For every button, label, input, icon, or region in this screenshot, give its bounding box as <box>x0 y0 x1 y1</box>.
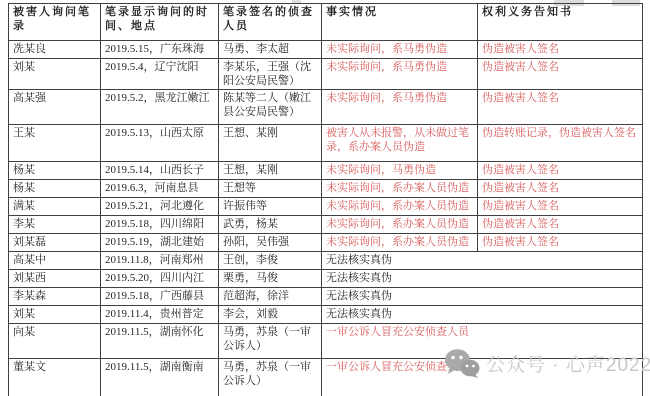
cell-victim: 满某 <box>9 198 101 216</box>
cell-investigators: 马勇，苏泉（一审公诉人） <box>219 359 322 396</box>
cell-notice: 伪造被害人签名 <box>478 198 643 216</box>
page: { "colors": { "red_text": "#d85a5a", "bl… <box>0 0 650 396</box>
cell-investigators: 马勇、李太超 <box>219 41 322 59</box>
cell-time-place: 2019.5.2，黑龙江嫩江 <box>101 90 219 125</box>
cell-notice: 伪造被害人签名 <box>478 90 643 125</box>
cell-victim: 刘某 <box>9 306 101 324</box>
table-row: 刘某2019.5.4，辽宁沈阳李某乐，王强（沈阳公安局民警）未实际询问，系马勇伪… <box>9 59 643 90</box>
cell-notice: 伪造被害人签名 <box>478 41 643 59</box>
cell-victim: 董某文 <box>9 359 101 396</box>
cell-time-place: 2019.5.13，山西太原 <box>101 125 219 162</box>
cell-fact: 未实际询问，系办案人员伪造 <box>322 234 478 252</box>
cell-time-place: 2019.6.3，河南息县 <box>101 180 219 198</box>
cell-fact-merged: 一审公诉人冒充公安侦查人员 <box>322 324 643 359</box>
table-row: 李某森2019.5.18，广西藤县范超海，徐洋无法核实真伪 <box>9 288 643 306</box>
column-header: 笔录显示询问的时间、地点 <box>101 4 219 41</box>
cell-investigators: 李会，刘毅 <box>219 306 322 324</box>
header-row: 被害人询问笔录笔录显示询问的时间、地点笔录签名的侦查人员事实情况权利义务告知书 <box>9 4 643 41</box>
table-row: 向某2019.11.5，湖南怀化马勇，苏泉（一审公诉人）一审公诉人冒充公安侦查人… <box>9 324 643 359</box>
column-header: 笔录签名的侦查人员 <box>219 4 322 41</box>
cell-victim: 向某 <box>9 324 101 359</box>
cell-victim: 高某强 <box>9 90 101 125</box>
cell-fact: 未实际询问，马勇伪造 <box>322 162 478 180</box>
cell-investigators: 王创，李俊 <box>219 252 322 270</box>
cell-notice: 伪造被害人签名 <box>478 180 643 198</box>
table-header: 被害人询问笔录笔录显示询问的时间、地点笔录签名的侦查人员事实情况权利义务告知书 <box>9 4 643 41</box>
cell-time-place: 2019.5.20，四川内江 <box>101 270 219 288</box>
table-row: 杨某2019.6.3，河南息县王想等未实际询问，系办案人员伪造伪造被害人签名 <box>9 180 643 198</box>
table-row: 杨某2019.5.14，山西长子王想，某刚未实际询问，马勇伪造伪造被害人签名 <box>9 162 643 180</box>
table-row: 冼某良2019.5.15，广东珠海马勇、李太超未实际询问，系马勇伪造伪造被害人签… <box>9 41 643 59</box>
table-body: 冼某良2019.5.15，广东珠海马勇、李太超未实际询问，系马勇伪造伪造被害人签… <box>9 41 643 396</box>
cell-time-place: 2019.5.4，辽宁沈阳 <box>101 59 219 90</box>
cell-notice: 伪造被害人签名 <box>478 162 643 180</box>
cell-fact: 未实际询问，系马勇伪造 <box>322 41 478 59</box>
cell-fact-merged: 无法核实真伪 <box>322 270 643 288</box>
column-header: 事实情况 <box>322 4 478 41</box>
cell-investigators: 孙阳，吴伟强 <box>219 234 322 252</box>
cell-investigators: 马勇，苏泉（一审公诉人） <box>219 324 322 359</box>
cell-fact-merged: 无法核实真伪 <box>322 288 643 306</box>
cell-notice: 伪造被害人签名 <box>478 216 643 234</box>
cell-notice: 伪造被害人签名 <box>478 234 643 252</box>
cell-victim: 刘某 <box>9 59 101 90</box>
cell-time-place: 2019.11.5，湖南怀化 <box>101 324 219 359</box>
cell-fact: 未实际询问，系办案人员伪造 <box>322 198 478 216</box>
cell-time-place: 2019.5.15，广东珠海 <box>101 41 219 59</box>
cell-victim: 杨某 <box>9 162 101 180</box>
cell-victim: 刘某磊 <box>9 234 101 252</box>
cell-time-place: 2019.5.19，湖北建始 <box>101 234 219 252</box>
cell-time-place: 2019.5.18，广西藤县 <box>101 288 219 306</box>
cell-investigators: 王想等 <box>219 180 322 198</box>
victim-records-table: 被害人询问笔录笔录显示询问的时间、地点笔录签名的侦查人员事实情况权利义务告知书 … <box>8 3 643 396</box>
cell-fact: 未实际询问，系办案人员伪造 <box>322 180 478 198</box>
cell-fact: 未实际询问，系马勇伪造 <box>322 90 478 125</box>
cell-time-place: 2019.11.5，湖南衡南 <box>101 359 219 396</box>
cell-victim: 李某森 <box>9 288 101 306</box>
cell-victim: 杨某 <box>9 180 101 198</box>
table-row: 董某文2019.11.5，湖南衡南马勇，苏泉（一审公诉人）一审公诉人冒充公安侦查… <box>9 359 643 396</box>
cell-fact-merged: 无法核实真伪 <box>322 306 643 324</box>
cell-investigators: 许振伟等 <box>219 198 322 216</box>
cell-fact: 未实际询问，系马勇伪造 <box>322 59 478 90</box>
cell-victim: 李某 <box>9 216 101 234</box>
cell-victim: 高某中 <box>9 252 101 270</box>
table-row: 李某2019.5.18，四川绵阳武勇，杨某未实际询问，系办案人员伪造伪造被害人签… <box>9 216 643 234</box>
table-row: 满某2019.5.21，河北遵化许振伟等未实际询问，系办案人员伪造伪造被害人签名 <box>9 198 643 216</box>
cell-investigators: 栗勇，马俊 <box>219 270 322 288</box>
table-row: 高某强2019.5.2，黑龙江嫩江陈某等二人（嫩江县公安局民警）未实际询问，系马… <box>9 90 643 125</box>
cell-investigators: 王想，某刚 <box>219 162 322 180</box>
cell-time-place: 2019.5.21，河北遵化 <box>101 198 219 216</box>
cell-fact: 被害人从未报警，从未做过笔录，系办案人员伪造 <box>322 125 478 162</box>
cell-time-place: 2019.5.18，四川绵阳 <box>101 216 219 234</box>
cell-fact: 未实际询问，系办案人员伪造 <box>322 216 478 234</box>
cell-fact-merged: 一审公诉人冒充公安侦查人员 <box>322 359 643 396</box>
cell-notice: 伪造转账记录，伪造被害人签名 <box>478 125 643 162</box>
cell-fact-merged: 无法核实真伪 <box>322 252 643 270</box>
cell-time-place: 2019.11.4，贵州普定 <box>101 306 219 324</box>
cell-time-place: 2019.5.14，山西长子 <box>101 162 219 180</box>
cell-time-place: 2019.11.8，河南郑州 <box>101 252 219 270</box>
cell-victim: 冼某良 <box>9 41 101 59</box>
cell-investigators: 武勇，杨某 <box>219 216 322 234</box>
column-header: 被害人询问笔录 <box>9 4 101 41</box>
cell-victim: 王某 <box>9 125 101 162</box>
cell-notice: 伪造被害人签名 <box>478 59 643 90</box>
cell-investigators: 陈某等二人（嫩江县公安局民警） <box>219 90 322 125</box>
cell-victim: 刘某西 <box>9 270 101 288</box>
table-row: 刘某西2019.5.20，四川内江栗勇，马俊无法核实真伪 <box>9 270 643 288</box>
table-row: 王某2019.5.13，山西太原王想、某刚被害人从未报警，从未做过笔录，系办案人… <box>9 125 643 162</box>
cell-investigators: 李某乐，王强（沈阳公安局民警） <box>219 59 322 90</box>
cell-investigators: 范超海，徐洋 <box>219 288 322 306</box>
table-row: 刘某磊2019.5.19，湖北建始孙阳，吴伟强未实际询问，系办案人员伪造伪造被害… <box>9 234 643 252</box>
table-row: 高某中2019.11.8，河南郑州王创，李俊无法核实真伪 <box>9 252 643 270</box>
column-header: 权利义务告知书 <box>478 4 643 41</box>
cell-investigators: 王想、某刚 <box>219 125 322 162</box>
table-row: 刘某2019.11.4，贵州普定李会，刘毅无法核实真伪 <box>9 306 643 324</box>
